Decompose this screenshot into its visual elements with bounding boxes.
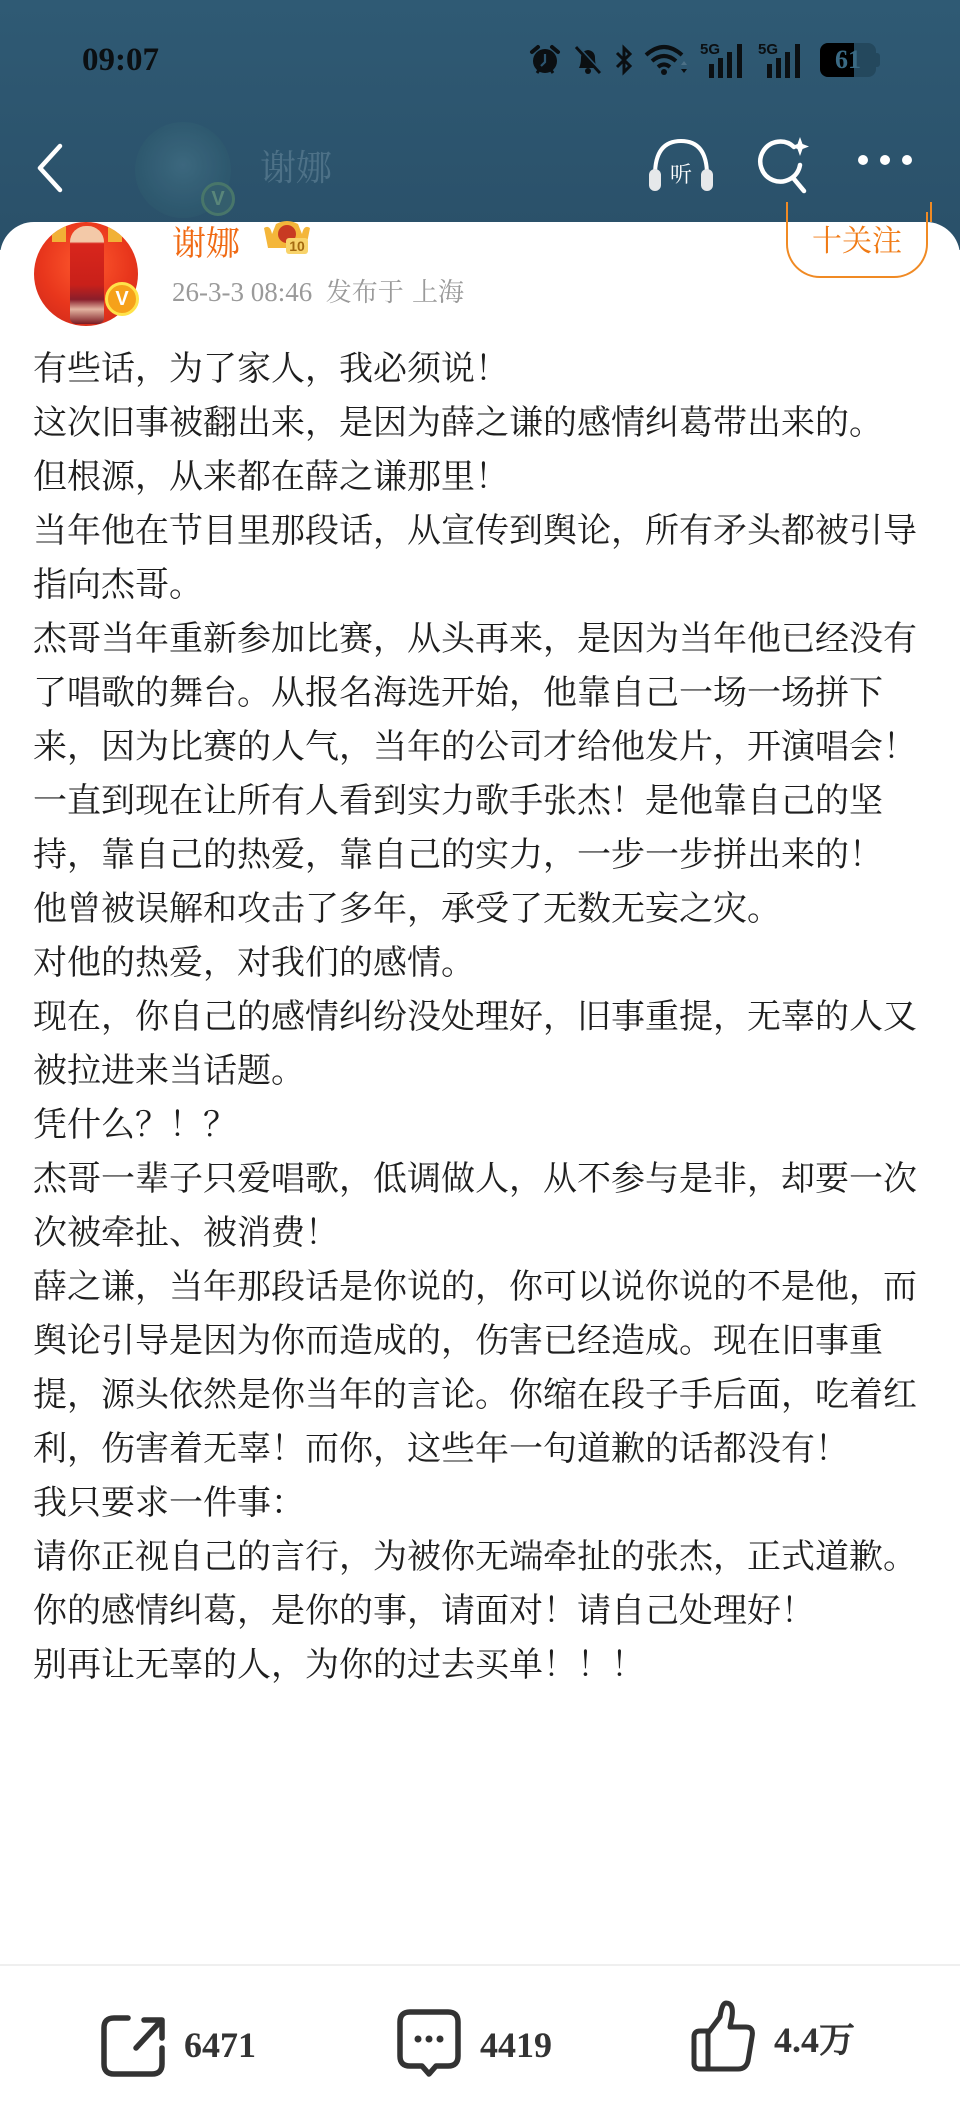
repost-icon bbox=[100, 2012, 166, 2078]
post-paragraph: 杰哥一辈子只爱唱歌，低调做人，从不参与是非，却要一次次被牵扯、被消费！ bbox=[33, 1152, 933, 1260]
post-paragraph: 请你正视自己的言行，为被你无端牵扯的张杰，正式道歉。 bbox=[33, 1530, 933, 1584]
comment-button[interactable]: 4419 bbox=[396, 2010, 552, 2080]
post-location: 发布于 上海 bbox=[326, 278, 464, 308]
post-paragraph: 他曾被误解和攻击了多年，承受了无数无妄之灾。 bbox=[33, 882, 933, 936]
author-name[interactable]: 谢娜 bbox=[172, 216, 240, 265]
post-paragraph: 杰哥当年重新参加比赛，从头再来，是因为当年他已经没有了唱歌的舞台。从报名海选开始… bbox=[33, 612, 933, 882]
post-body: 有些话，为了家人，我必须说！ 这次旧事被翻出来，是因为薛之谦的感情纠葛带出来的。… bbox=[33, 342, 933, 1692]
nav-verified-badge: V bbox=[201, 182, 235, 216]
more-button[interactable] bbox=[855, 150, 915, 175]
svg-text:5G: 5G bbox=[700, 41, 720, 58]
signal-5g-icon: 5G bbox=[758, 40, 806, 80]
alarm-icon bbox=[528, 43, 562, 77]
back-button[interactable] bbox=[30, 140, 80, 190]
status-time: 09:07 bbox=[82, 42, 159, 79]
post-paragraph: 别再让无辜的人，为你的过去买单！！！ bbox=[33, 1638, 933, 1692]
signal-5g-icon: 5G bbox=[700, 40, 748, 80]
follow-button[interactable]: 十关注 bbox=[786, 212, 928, 278]
action-bar: 6471 4419 4.4万 bbox=[0, 1966, 960, 2110]
status-icons: 5G 5G 61 bbox=[528, 40, 880, 80]
repost-button[interactable]: 6471 bbox=[100, 2010, 256, 2080]
listen-button[interactable]: 听 bbox=[645, 135, 717, 200]
post-paragraph: 你的感情纠葛，是你的事，请面对！请自己处理好！ bbox=[33, 1584, 933, 1638]
battery-percent: 61 bbox=[820, 43, 876, 77]
comment-count: 4419 bbox=[480, 2024, 552, 2066]
post-paragraph: 薛之谦，当年那段话是你说的，你可以说你说的不是他，而舆论引导是因为你而造成的，伤… bbox=[33, 1260, 933, 1476]
ai-search-button[interactable] bbox=[756, 135, 816, 202]
bell-muted-icon bbox=[572, 43, 604, 77]
nav-avatar[interactable]: V bbox=[135, 122, 231, 218]
post-paragraph: 有些话，为了家人，我必须说！ bbox=[33, 342, 933, 396]
post-paragraph: 对他的热爱，对我们的感情。 bbox=[33, 936, 933, 990]
post-paragraph: 但根源，从来都在薛之谦那里！ bbox=[33, 450, 933, 504]
svg-text:10: 10 bbox=[289, 238, 305, 254]
status-bar: 09:07 bbox=[0, 0, 960, 110]
post-paragraph: 凭什么？！？ bbox=[33, 1098, 933, 1152]
thumbs-up-icon bbox=[690, 1999, 756, 2075]
like-button[interactable]: 4.4万 bbox=[690, 2002, 855, 2072]
listen-icon: 听 bbox=[645, 135, 717, 195]
svg-text:5G: 5G bbox=[758, 41, 778, 58]
post-meta: 26-3-3 08:46 发布于 上海 bbox=[172, 272, 464, 309]
vip-badge-icon: 10 bbox=[262, 218, 312, 263]
verified-badge: V bbox=[105, 282, 139, 316]
like-count: 4.4万 bbox=[774, 2012, 855, 2063]
post-paragraph: 我只要求一件事： bbox=[33, 1476, 933, 1530]
post-paragraph: 这次旧事被翻出来，是因为薛之谦的感情纠葛带出来的。 bbox=[33, 396, 933, 450]
comment-icon bbox=[396, 2008, 462, 2082]
more-icon bbox=[855, 150, 915, 170]
post-paragraph: 现在，你自己的感情纠纷没处理好，旧事重提，无辜的人又被拉进来当话题。 bbox=[33, 990, 933, 1098]
battery-icon: 61 bbox=[820, 43, 880, 77]
ai-search-icon bbox=[756, 135, 816, 197]
wifi-icon bbox=[644, 43, 690, 77]
chevron-left-icon bbox=[30, 140, 80, 196]
post-paragraph: 当年他在节目里那段话，从宣传到舆论，所有矛头都被引导指向杰哥。 bbox=[33, 504, 933, 612]
bluetooth-icon bbox=[614, 43, 634, 77]
nav-title: 谢娜 bbox=[260, 140, 332, 191]
post-timestamp: 26-3-3 08:46 bbox=[172, 277, 312, 307]
svg-text:听: 听 bbox=[670, 163, 692, 188]
repost-count: 6471 bbox=[184, 2024, 256, 2066]
